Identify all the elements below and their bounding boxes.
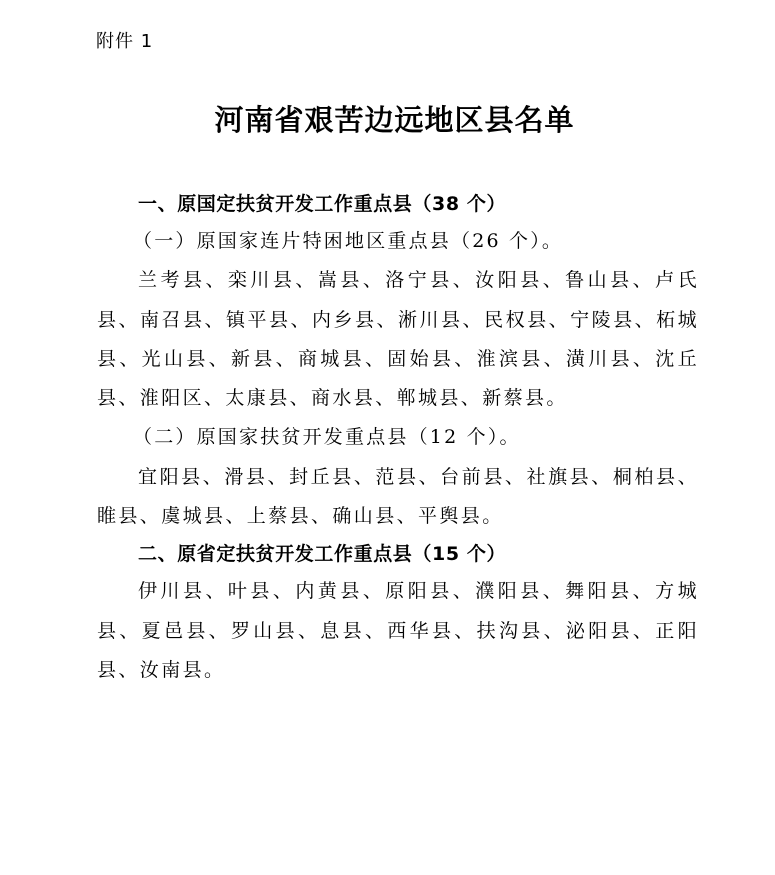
attachment-label: 附件 1 — [96, 30, 153, 54]
document-page: 附件 1 河南省艰苦边远地区县名单 一、原国定扶贫开发工作重点县（38 个） （… — [0, 0, 775, 875]
section-2-county-list: 伊川县、叶县、内黄县、原阳县、濮阳县、舞阳县、方城县、夏邑县、罗山县、息县、西华… — [97, 572, 699, 690]
subsection-1-1-heading: （一）原国家连片特困地区重点县（26 个）。 — [97, 222, 699, 261]
subsection-1-2-heading: （二）原国家扶贫开发重点县（12 个）。 — [97, 418, 699, 457]
section-1-heading: 一、原国定扶贫开发工作重点县（38 个） — [97, 186, 699, 222]
subsection-1-1-county-list: 兰考县、栾川县、嵩县、洛宁县、汝阳县、鲁山县、卢氏县、南召县、镇平县、内乡县、淅… — [97, 261, 699, 418]
document-title: 河南省艰苦边远地区县名单 — [0, 100, 775, 140]
section-2-heading: 二、原省定扶贫开发工作重点县（15 个） — [97, 536, 699, 572]
document-body: 一、原国定扶贫开发工作重点县（38 个） （一）原国家连片特困地区重点县（26 … — [97, 186, 699, 690]
subsection-1-2-county-list: 宜阳县、滑县、封丘县、范县、台前县、社旗县、桐柏县、睢县、虞城县、上蔡县、确山县… — [97, 458, 699, 537]
